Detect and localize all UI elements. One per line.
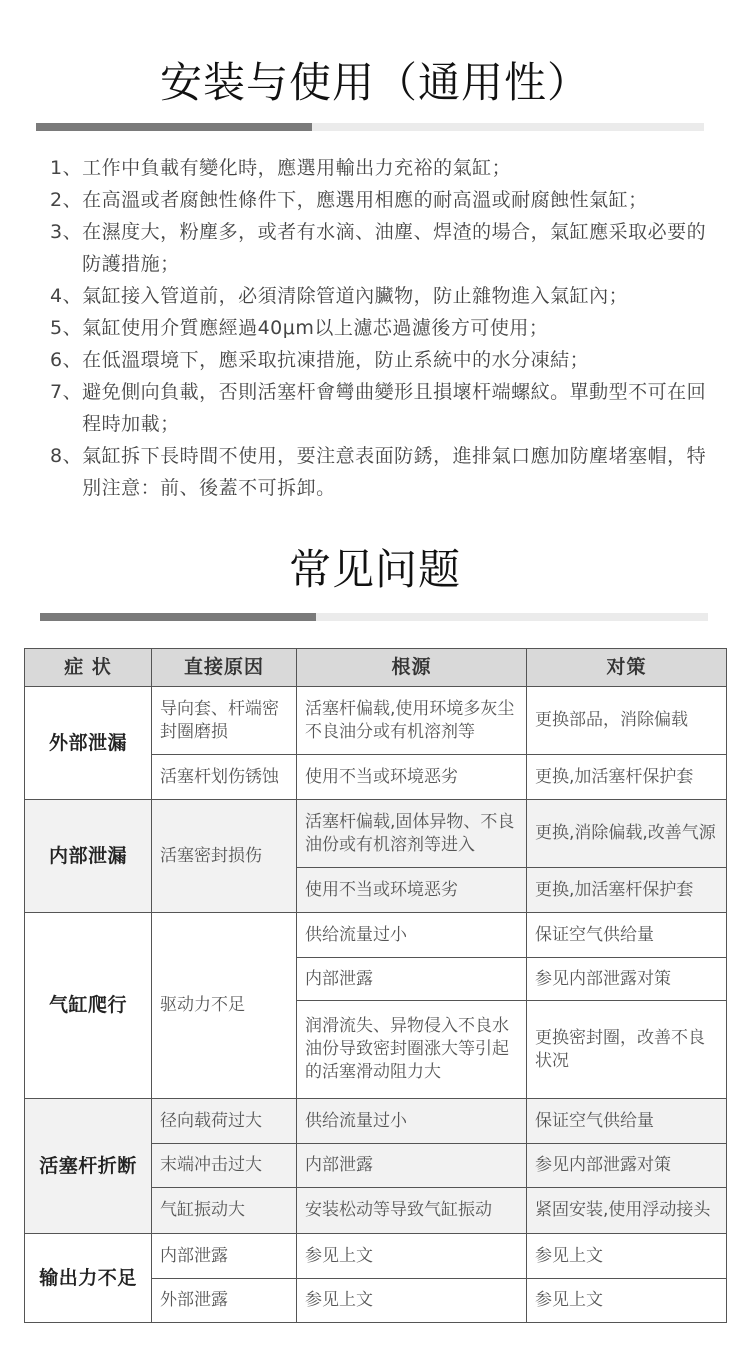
cause-cell: 活塞杆划伤锈蚀 [152,755,297,800]
root-cell: 活塞杆偏载,固体异物、不良油份或有机溶剂等进入 [297,800,527,868]
section-divider [40,613,708,621]
fix-cell: 更换,消除偏载,改善气源 [527,800,727,868]
list-item-number: 4、 [50,280,82,312]
cause-cell: 气缸振动大 [152,1188,297,1234]
header-symptom: 症 状 [25,649,152,687]
list-item: 7、 避免側向負載，否則活塞杆會彎曲變形且損壞杆端螺紋。單動型不可在回程時加載； [50,376,720,440]
list-item-text: 工作中負載有變化時，應選用輸出力充裕的氣缸； [82,152,720,184]
cause-cell: 内部泄露 [152,1234,297,1279]
fix-cell: 更换密封圈，改善不良状况 [527,1001,727,1099]
root-cell: 参见上文 [297,1279,527,1323]
cause-cell: 径向载荷过大 [152,1099,297,1144]
header-countermeasure: 对策 [527,649,727,687]
list-item-number: 1、 [50,152,82,184]
list-item-text: 在濕度大，粉塵多，或者有水滴、油塵、焊渣的場合，氣缸應采取必要的防護措施； [82,216,720,280]
fix-cell: 参见上文 [527,1279,727,1323]
root-cell: 内部泄露 [297,958,527,1001]
symptom-cell: 活塞杆折断 [25,1099,152,1234]
list-item: 1、 工作中負載有變化時，應選用輸出力充裕的氣缸； [50,152,720,184]
symptom-cell: 外部泄漏 [25,687,152,800]
section-divider-fill [36,123,312,131]
section-divider-fill [40,613,316,621]
fix-cell: 更换,加活塞杆保护套 [527,755,727,800]
fix-cell: 更换,加活塞杆保护套 [527,868,727,913]
list-item-text: 氣缸拆下長時間不使用，要注意表面防銹，進排氣口應加防塵堵塞帽，特別注意：前、後蓋… [82,440,720,504]
table-row: 气缸爬行 驱动力不足 供给流量过小 保证空气供给量 [25,913,727,958]
cause-cell: 外部泄露 [152,1279,297,1323]
symptom-cell: 气缸爬行 [25,913,152,1099]
list-item-number: 6、 [50,344,82,376]
cause-cell: 末端冲击过大 [152,1144,297,1188]
list-item-number: 2、 [50,184,82,216]
fix-cell: 保证空气供给量 [527,913,727,958]
list-item-text: 避免側向負載，否則活塞杆會彎曲變形且損壞杆端螺紋。單動型不可在回程時加載； [82,376,720,440]
root-cell: 供给流量过小 [297,913,527,958]
list-item-text: 在低溫環境下，應采取抗凍措施，防止系統中的水分凍結； [82,344,720,376]
table-row: 外部泄漏 导向套、杆端密封圈磨损 活塞杆偏载,使用环境多灰尘不良油分或有机溶剂等… [25,687,727,755]
list-item-number: 7、 [50,376,82,440]
table-header-row: 症 状 直接原因 根源 对策 [25,649,727,687]
list-item: 3、 在濕度大，粉塵多，或者有水滴、油塵、焊渣的場合，氣缸應采取必要的防護措施； [50,216,720,280]
faq-table: 症 状 直接原因 根源 对策 外部泄漏 导向套、杆端密封圈磨损 活塞杆偏载,使用… [24,648,727,1323]
symptom-cell: 内部泄漏 [25,800,152,913]
list-item-number: 3、 [50,216,82,280]
cause-cell: 导向套、杆端密封圈磨损 [152,687,297,755]
root-cell: 安装松动等导致气缸振动 [297,1188,527,1234]
fix-cell: 更换部品，消除偏载 [527,687,727,755]
list-item-text: 氣缸接入管道前，必須清除管道內臟物，防止雜物進入氣缸內； [82,280,720,312]
fix-cell: 参见上文 [527,1234,727,1279]
section-title-faq: 常见问题 [0,537,750,597]
fix-cell: 紧固安装,使用浮动接头 [527,1188,727,1234]
cause-cell: 驱动力不足 [152,913,297,1099]
list-item-number: 8、 [50,440,82,504]
list-item: 5、 氣缸使用介質應經過40μm以上濾芯過濾後方可使用； [50,312,720,344]
list-item: 2、 在高溫或者腐蝕性條件下，應選用相應的耐高溫或耐腐蝕性氣缸； [50,184,720,216]
install-instructions-list: 1、 工作中負載有變化時，應選用輸出力充裕的氣缸； 2、 在高溫或者腐蝕性條件下… [50,152,720,504]
symptom-cell: 输出力不足 [25,1234,152,1323]
table-row: 内部泄漏 活塞密封损伤 活塞杆偏载,固体异物、不良油份或有机溶剂等进入 更换,消… [25,800,727,868]
cause-cell: 活塞密封损伤 [152,800,297,913]
root-cell: 活塞杆偏载,使用环境多灰尘不良油分或有机溶剂等 [297,687,527,755]
root-cell: 参见上文 [297,1234,527,1279]
root-cell: 供给流量过小 [297,1099,527,1144]
fix-cell: 参见内部泄露对策 [527,1144,727,1188]
root-cell: 使用不当或环境恶劣 [297,755,527,800]
root-cell: 使用不当或环境恶劣 [297,868,527,913]
root-cell: 内部泄露 [297,1144,527,1188]
fix-cell: 参见内部泄露对策 [527,958,727,1001]
table-row: 输出力不足 内部泄露 参见上文 参见上文 [25,1234,727,1279]
list-item-number: 5、 [50,312,82,344]
list-item: 8、 氣缸拆下長時間不使用，要注意表面防銹，進排氣口應加防塵堵塞帽，特別注意：前… [50,440,720,504]
table-row: 活塞杆折断 径向载荷过大 供给流量过小 保证空气供给量 [25,1099,727,1144]
header-root-cause: 根源 [297,649,527,687]
list-item: 6、 在低溫環境下，應采取抗凍措施，防止系統中的水分凍結； [50,344,720,376]
list-item-text: 氣缸使用介質應經過40μm以上濾芯過濾後方可使用； [82,312,720,344]
fix-cell: 保证空气供给量 [527,1099,727,1144]
header-direct-cause: 直接原因 [152,649,297,687]
section-title-install: 安装与使用（通用性） [0,50,750,110]
root-cell: 润滑流失、异物侵入不良水油份导致密封圈涨大等引起的活塞滑动阻力大 [297,1001,527,1099]
section-divider [36,123,704,131]
list-item-text: 在高溫或者腐蝕性條件下，應選用相應的耐高溫或耐腐蝕性氣缸； [82,184,720,216]
list-item: 4、 氣缸接入管道前，必須清除管道內臟物，防止雜物進入氣缸內； [50,280,720,312]
